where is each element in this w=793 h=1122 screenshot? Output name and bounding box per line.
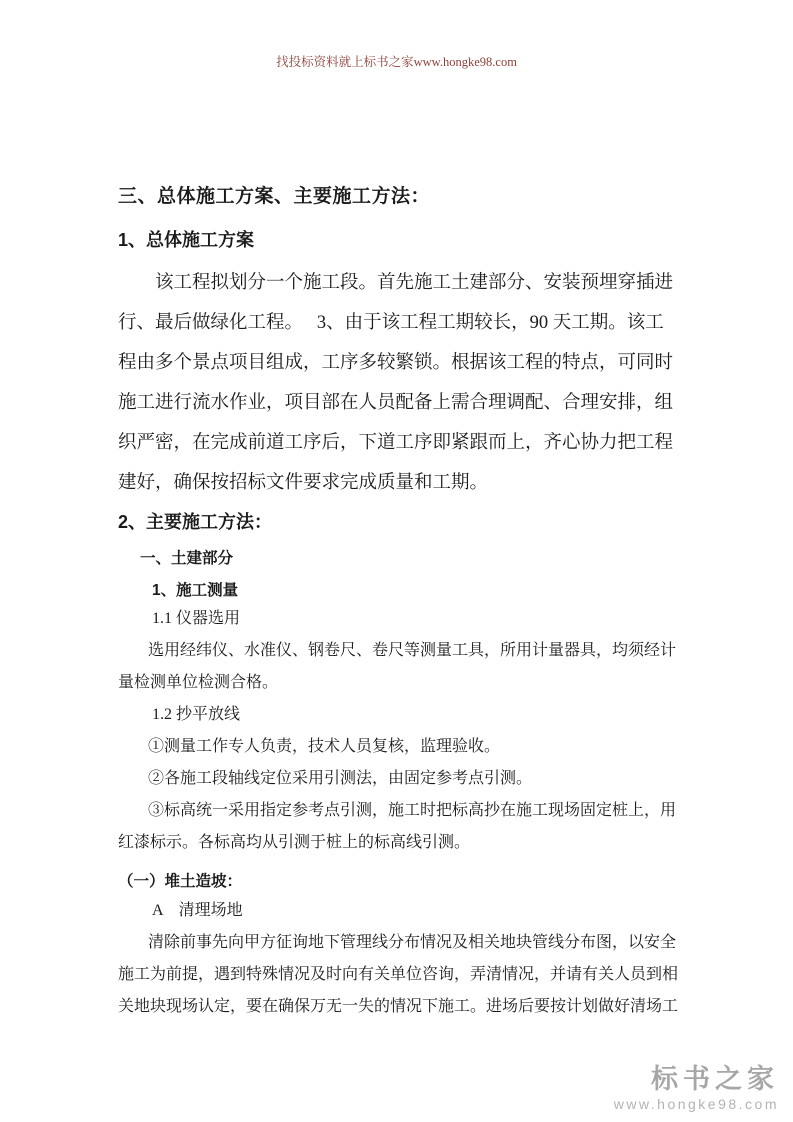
body-line: ②各施工段轴线定位采用引测法，由固定参考点引测。 — [118, 763, 684, 795]
heading-civil: 一、土建部分 — [118, 547, 684, 571]
document-body: 三、总体施工方案、主要施工方法：1、总体施工方案该工程拟划分一个施工段。首先施工… — [118, 183, 684, 1023]
body-line: 量检测单位检测合格。 — [118, 667, 684, 699]
body-line: 选用经纬仪、水准仪、钢卷尺、卷尺等测量工具，所用计量器具，均须经计 — [118, 635, 684, 667]
body-line: 1.2 抄平放线 — [118, 699, 684, 731]
section-title: 三、总体施工方案、主要施工方法： — [118, 183, 684, 211]
heading-2: 2、主要施工方法： — [118, 509, 684, 535]
body-line: 施工为前提，遇到特殊情况及时向有关单位咨询，弄清情况，并请有关人员到相 — [118, 959, 684, 991]
body-line: 建好，确保按招标文件要求完成质量和工期。 — [118, 463, 684, 503]
body-line: ①测量工作专人负责，技术人员复核，监理验收。 — [118, 731, 684, 763]
watermark-url: www.hongke98.com — [614, 1097, 779, 1112]
body-line: 红漆标示。各标高均从引测于桩上的标高线引测。 — [118, 827, 684, 859]
watermark: 标书之家 www.hongke98.com — [614, 1065, 779, 1112]
body-line: 关地块现场认定，要在确保万无一失的情况下施工。进场后要按计划做好清场工 — [118, 991, 684, 1023]
body-line: 1.1 仪器选用 — [118, 603, 684, 635]
body-line: 清除前事先向甲方征询地下管理线分布情况及相关地块管线分布图，以安全 — [118, 927, 684, 959]
body-line: 织严密，在完成前道工序后，下道工序即紧跟而上，齐心协力把工程 — [118, 423, 684, 463]
heading-1: 1、总体施工方案 — [118, 227, 684, 253]
body-line: ③标高统一采用指定参考点引测，施工时把标高抄在施工现场固定桩上，用 — [118, 795, 684, 827]
heading-slope: （一）堆土造坡： — [118, 869, 684, 895]
body-line: A 清理场地 — [118, 895, 684, 927]
heading-survey: 1、施工测量 — [118, 579, 684, 603]
body-line: 程由多个景点项目组成，工序多较繁锁。根据该工程的特点，可同时 — [118, 343, 684, 383]
document-page: 找投标资料就上标书之家www.hongke98.com 三、总体施工方案、主要施… — [0, 0, 793, 1122]
body-line: 施工进行流水作业，项目部在人员配备上需合理调配、合理安排，组 — [118, 383, 684, 423]
body-line: 该工程拟划分一个施工段。首先施工土建部分、安装预埋穿插进 — [118, 263, 684, 303]
page-header-text: 找投标资料就上标书之家www.hongke98.com — [0, 52, 793, 70]
watermark-logo-text: 标书之家 — [614, 1065, 779, 1095]
body-line: 行、最后做绿化工程。 3、由于该工程工期较长，90 天工期。该工 — [118, 303, 684, 343]
